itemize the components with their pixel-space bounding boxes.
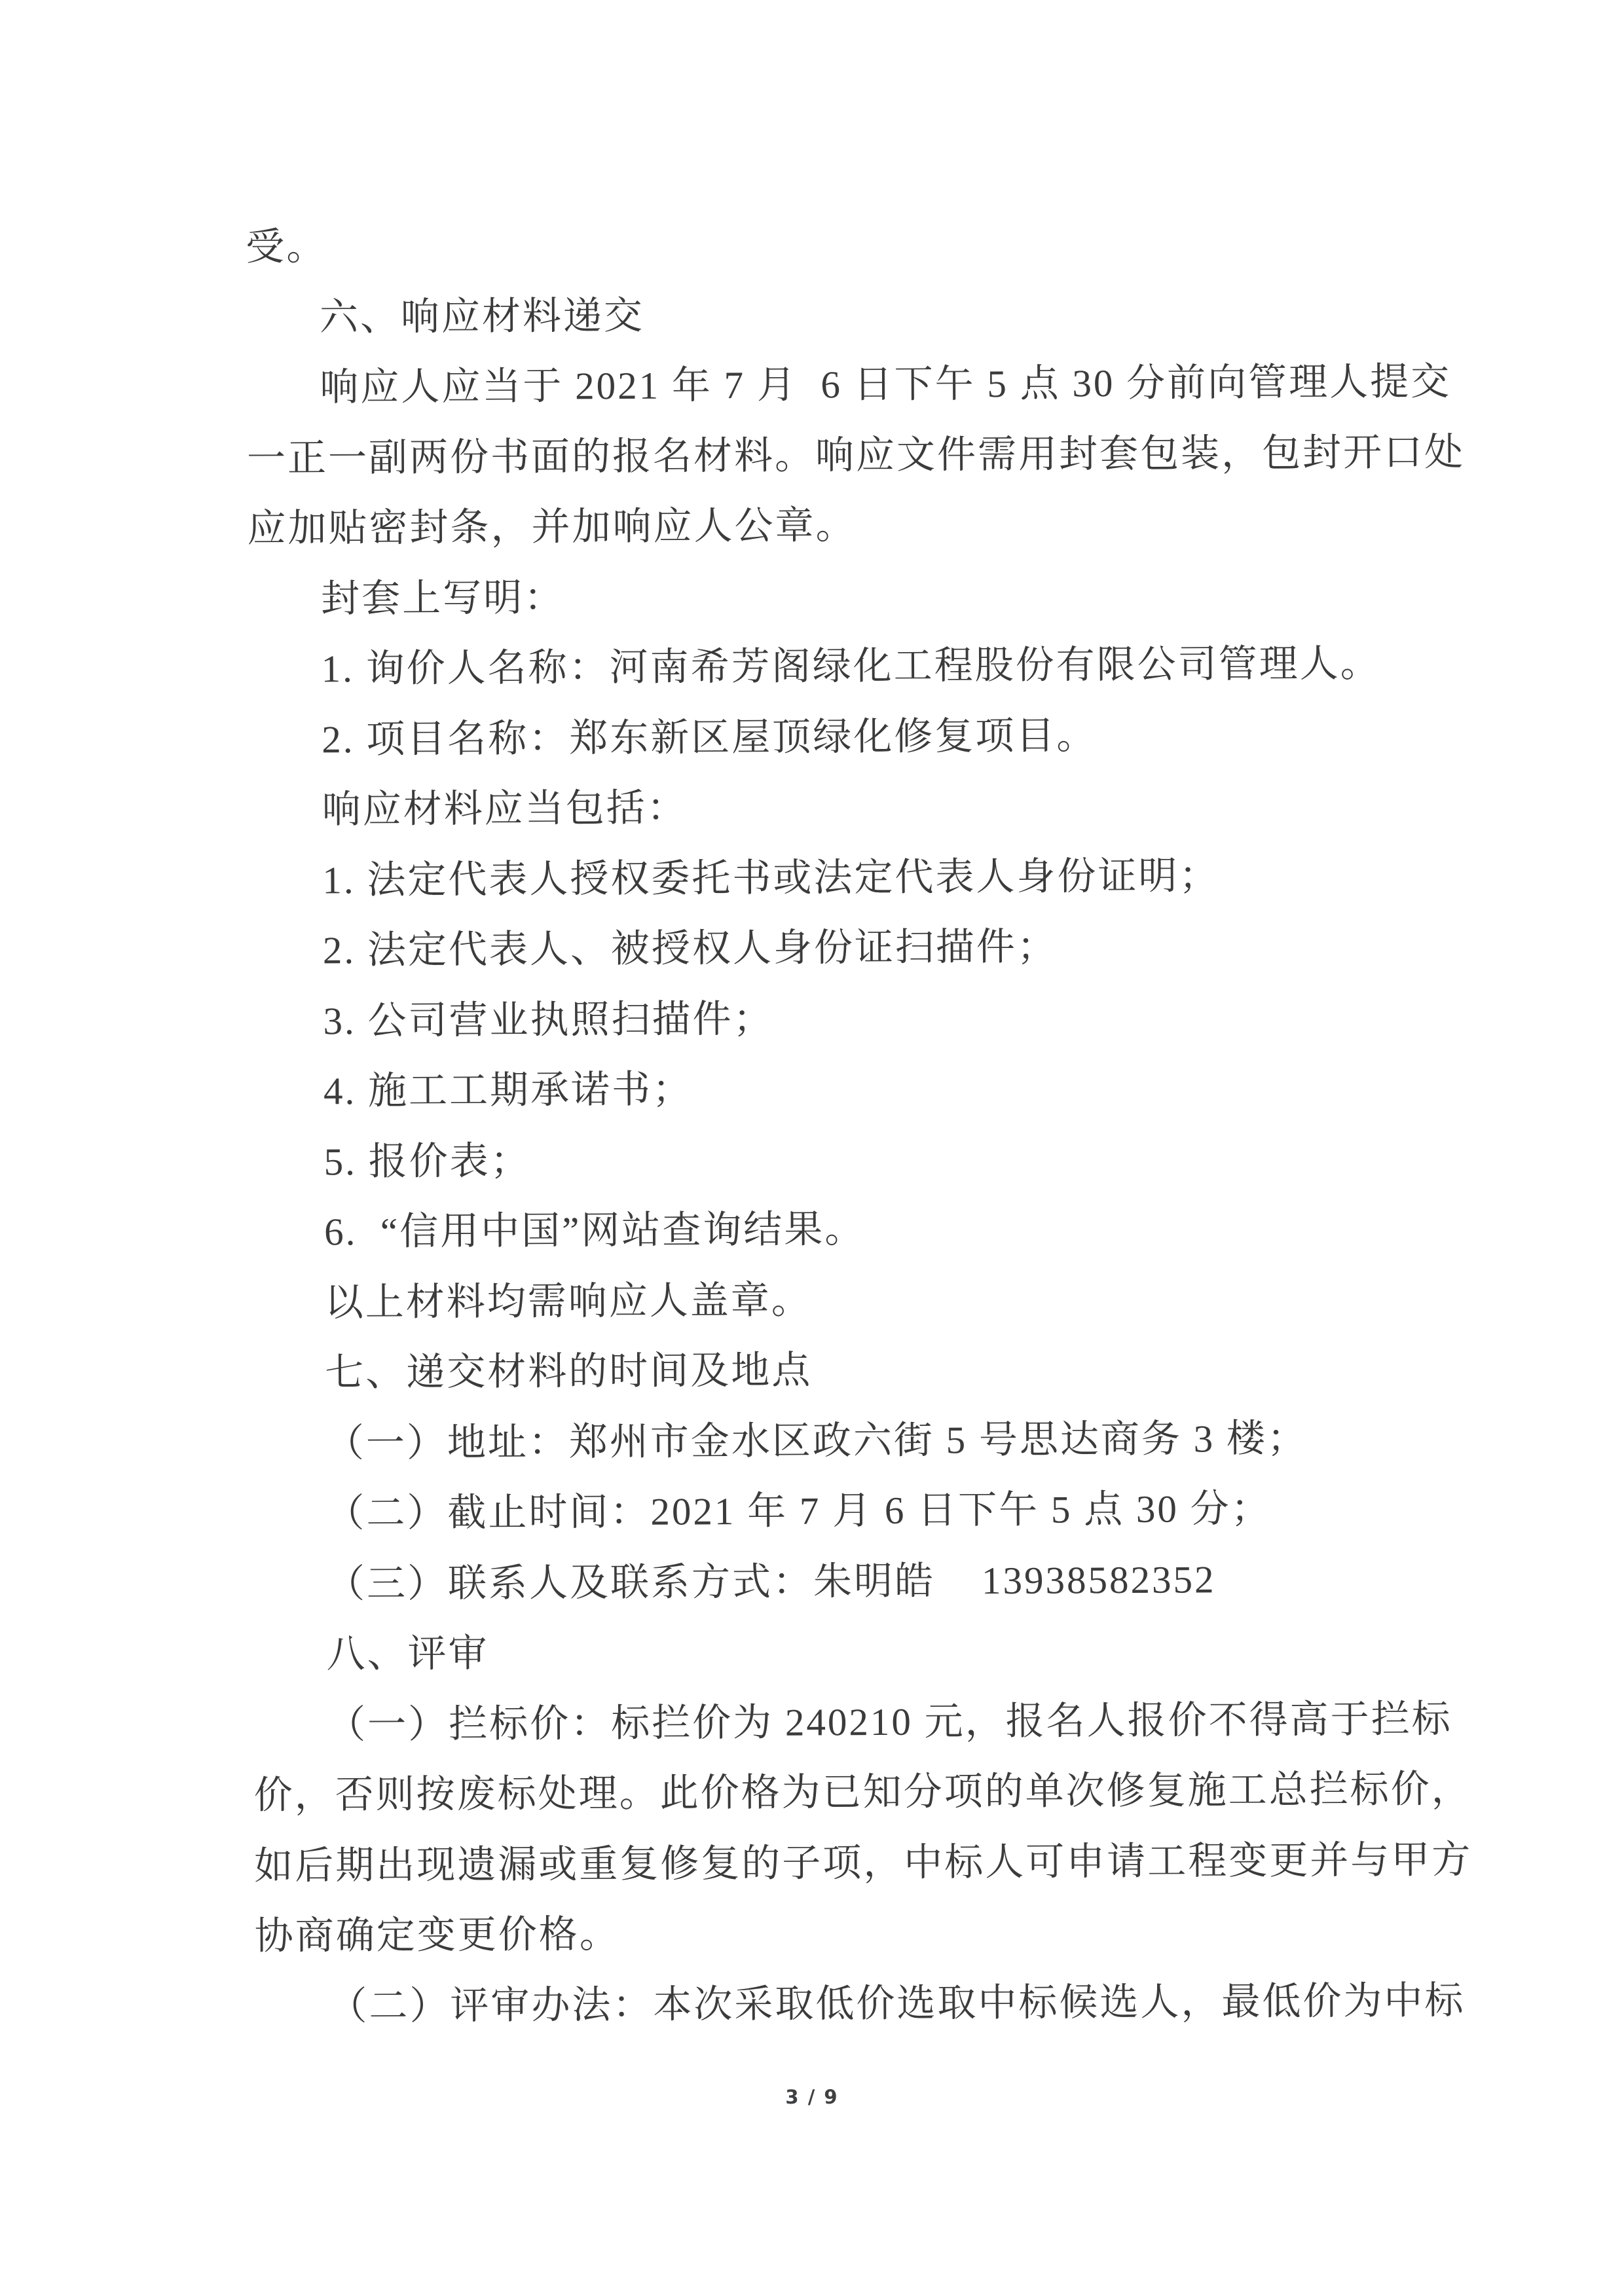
document-line: 受。	[246, 202, 1399, 279]
document-line: 协商确定变更价格。	[255, 1891, 1408, 1968]
document-page: 受。 六、响应材料递交 响应人应当于 2021 年 7 月 6 日下午 5 点 …	[0, 0, 1624, 2296]
document-line: （一）地址：郑州市金水区政六街 5 号思达商务 3 楼；	[252, 1398, 1405, 1475]
document-line: 1. 法定代表人授权委托书或法定代表人身份证明；	[249, 835, 1402, 912]
document-line: 4. 施工工期承诺书；	[250, 1047, 1403, 1123]
document-line: 1. 询价人名称：河南希芳阁绿化工程股份有限公司管理人。	[248, 625, 1401, 701]
document-line-heading: 七、递交材料的时间及地点	[251, 1328, 1405, 1405]
document-line: 3. 公司营业执照扫描件；	[249, 976, 1403, 1053]
document-line-heading: 六、响应材料递交	[246, 272, 1399, 349]
page-number: 3 / 9	[0, 2086, 1624, 2108]
document-line: 如后期出现遗漏或重复修复的子项，中标人可申请工程变更并与甲方	[254, 1821, 1407, 1897]
document-line: 5. 报价表；	[250, 1117, 1403, 1194]
document-line: （二）截止时间：2021 年 7 月 6 日下午 5 点 30 分；	[252, 1469, 1405, 1546]
document-line: 一正一副两份书面的报名材料。响应文件需用封套包装，包封开口处	[247, 413, 1400, 490]
document-body: 受。 六、响应材料递交 响应人应当于 2021 年 7 月 6 日下午 5 点 …	[246, 202, 1408, 2038]
document-line: （三）联系人及联系方式：朱明皓 13938582352	[253, 1539, 1406, 1616]
document-line: 应加贴密封条，并加响应人公章。	[247, 484, 1400, 560]
document-line: 封套上写明：	[248, 554, 1401, 630]
document-line: 响应材料应当包括：	[249, 765, 1402, 842]
document-line: 响应人应当于 2021 年 7 月 6 日下午 5 点 30 分前向管理人提交	[246, 343, 1399, 420]
document-line: 2. 项目名称：郑东新区屋顶绿化修复项目。	[248, 695, 1401, 771]
document-line: 6. “信用中国”网站查询结果。	[251, 1188, 1404, 1264]
document-line: 价，否则按废标处理。此价格为已知分项的单次修复施工总拦标价，	[253, 1751, 1407, 1827]
document-line: （二）评审办法：本次采取低价选取中标候选人，最低价为中标	[255, 1961, 1408, 2038]
document-line-heading: 八、评审	[253, 1610, 1406, 1686]
document-line: 2. 法定代表人、被授权人身份证扫描件；	[249, 906, 1403, 983]
document-line: （一）拦标价：标拦价为 240210 元，报名人报价不得高于拦标	[253, 1680, 1407, 1757]
document-line: 以上材料均需响应人盖章。	[251, 1258, 1404, 1334]
